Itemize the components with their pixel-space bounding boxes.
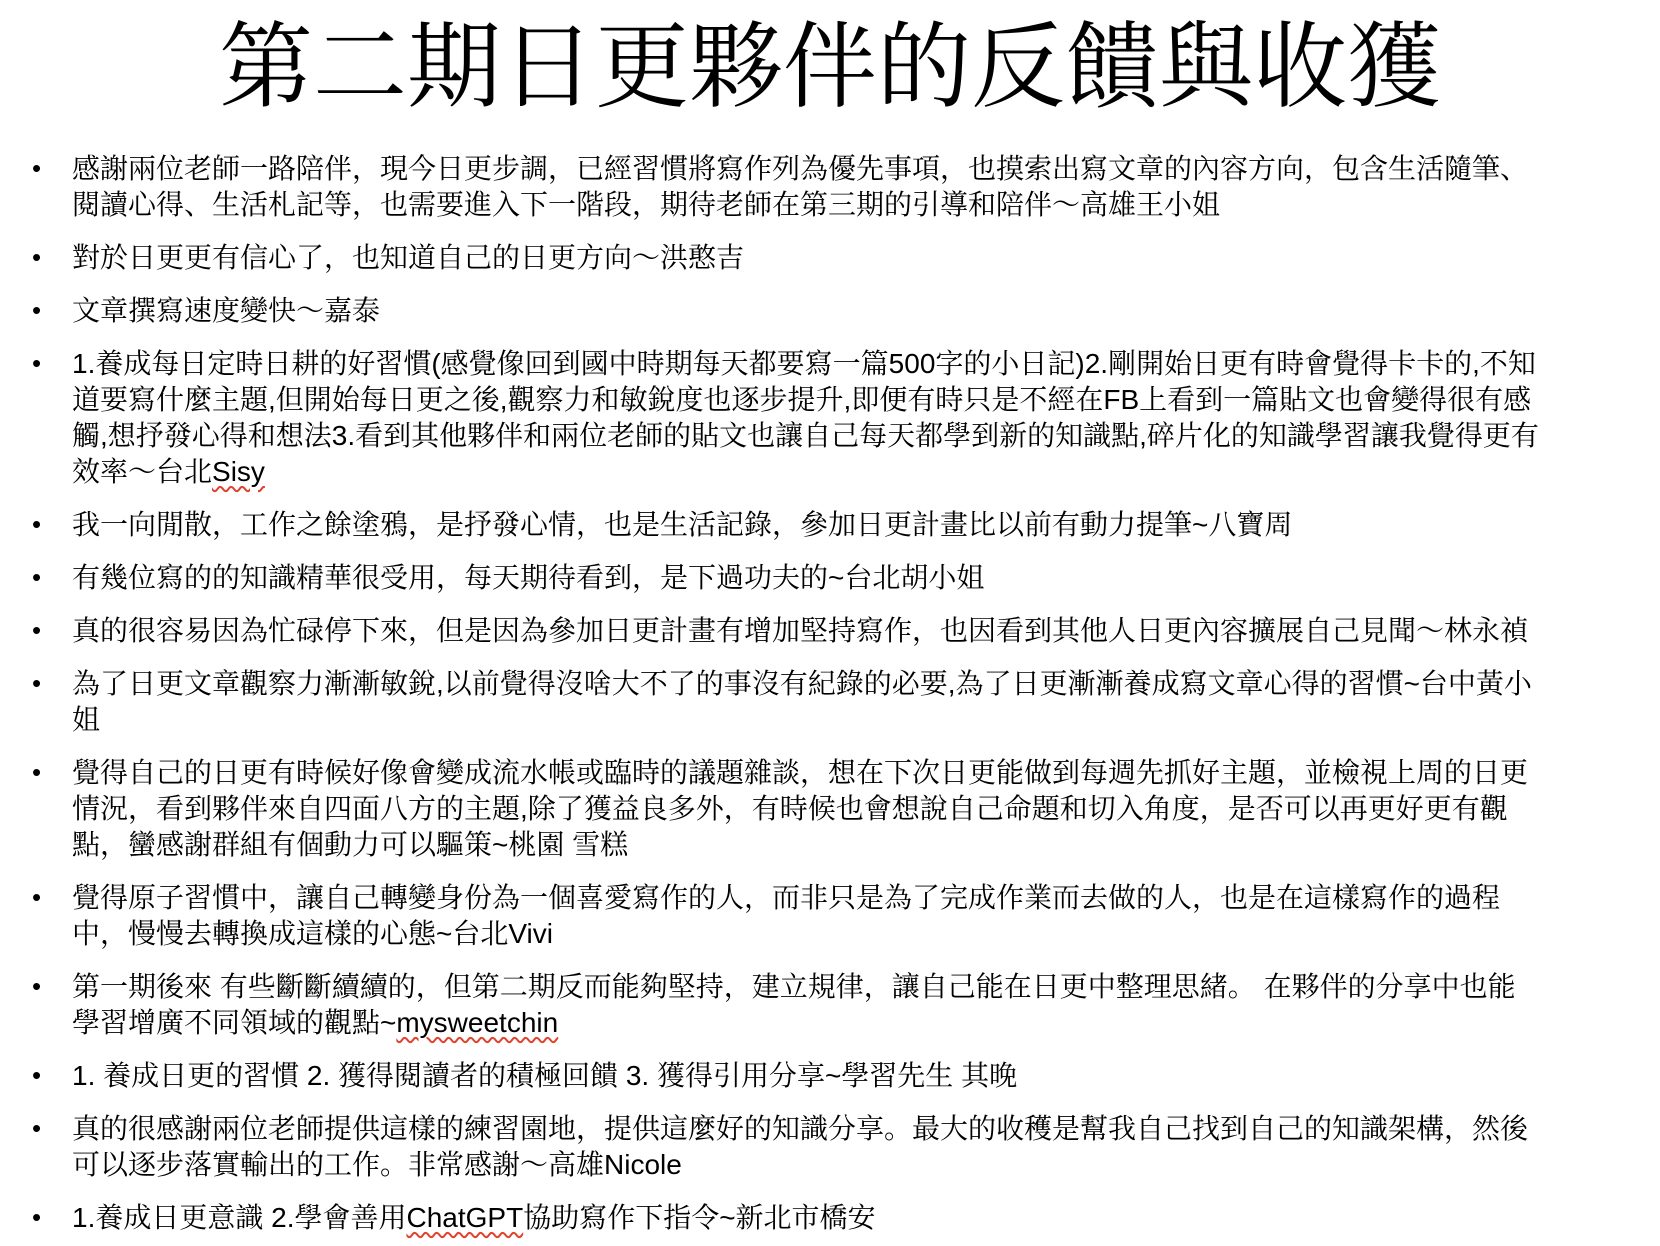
bullet-text: 感謝兩位老師一路陪伴，現今日更步調，已經習慣將寫作列為優先事項，也摸索出寫文章的… [72,153,1528,220]
feedback-bullet: 覺得原子習慣中，讓自己轉變身份為一個喜愛寫作的人，而非只是為了完成作業而去做的人… [72,880,1542,952]
feedback-bullet: 文章撰寫速度變快～嘉泰 [72,293,1542,329]
feedback-bullet: 我一向閒散，工作之餘塗鴉，是抒發心情，也是生活記錄，參加日更計畫比以前有動力提筆… [72,507,1542,543]
feedback-bullet: 對於日更更有信心了，也知道自己的日更方向～洪憨吉 [72,240,1542,276]
bullet-text: 對於日更更有信心了，也知道自己的日更方向～洪憨吉 [72,242,744,273]
feedback-bullet: 感謝兩位老師一路陪伴，現今日更步調，已經習慣將寫作列為優先事項，也摸索出寫文章的… [72,151,1542,223]
feedback-bullet: 真的很容易因為忙碌停下來，但是因為參加日更計畫有增加堅持寫作，也因看到其他人日更… [72,613,1542,649]
feedback-bullet: 有幾位寫的的知識精華很受用，每天期待看到，是下過功夫的~台北胡小姐 [72,560,1542,596]
misspelled-word: Sisy [212,456,265,487]
bullet-text: 為了日更文章觀察力漸漸敏銳,以前覺得沒啥大不了的事沒有紀錄的必要,為了日更漸漸養… [72,668,1532,735]
bullet-text: 有幾位寫的的知識精華很受用，每天期待看到，是下過功夫的~台北胡小姐 [72,562,984,593]
page-title: 第二期日更夥伴的反饋與收獲 [0,10,1660,125]
bullet-text: 1.養成日更意識 2.學會善用 [72,1202,406,1233]
bullet-text: 協助寫作下指令~新北市橋安 [523,1202,875,1233]
bullet-text: 我一向閒散，工作之餘塗鴉，是抒發心情，也是生活記錄，參加日更計畫比以前有動力提筆… [72,509,1292,540]
bullet-text: 文章撰寫速度變快～嘉泰 [72,295,380,326]
feedback-list: 感謝兩位老師一路陪伴，現今日更步調，已經習慣將寫作列為優先事項，也摸索出寫文章的… [0,151,1660,1236]
feedback-bullet: 第一期後來 有些斷斷續續的，但第二期反而能夠堅持，建立規律，讓自己能在日更中整理… [72,969,1542,1041]
slide: 第二期日更夥伴的反饋與收獲 感謝兩位老師一路陪伴，現今日更步調，已經習慣將寫作列… [0,0,1660,1246]
bullet-text: 真的很感謝兩位老師提供這樣的練習園地，提供這麼好的知識分享。最大的收穫是幫我自己… [72,1113,1528,1180]
feedback-bullet: 1.養成每日定時日耕的好習慣(感覺像回到國中時期每天都要寫一篇500字的小日記)… [72,346,1542,490]
feedback-bullet: 真的很感謝兩位老師提供這樣的練習園地，提供這麼好的知識分享。最大的收穫是幫我自己… [72,1111,1542,1183]
bullet-text: 真的很容易因為忙碌停下來，但是因為參加日更計畫有增加堅持寫作，也因看到其他人日更… [72,615,1528,646]
bullet-text: 覺得自己的日更有時候好像會變成流水帳或臨時的議題雜談，想在下次日更能做到每週先抓… [72,757,1528,860]
feedback-bullet: 為了日更文章觀察力漸漸敏銳,以前覺得沒啥大不了的事沒有紀錄的必要,為了日更漸漸養… [72,666,1542,738]
feedback-bullet: 1. 養成日更的習慣 2. 獲得閱讀者的積極回饋 3. 獲得引用分享~學習先生 … [72,1058,1542,1094]
bullet-text: 1. 養成日更的習慣 2. 獲得閱讀者的積極回饋 3. 獲得引用分享~學習先生 … [72,1060,1017,1091]
feedback-bullet: 1.養成日更意識 2.學會善用ChatGPT協助寫作下指令~新北市橋安 [72,1200,1542,1236]
feedback-bullet: 覺得自己的日更有時候好像會變成流水帳或臨時的議題雜談，想在下次日更能做到每週先抓… [72,755,1542,863]
bullet-text: 覺得原子習慣中，讓自己轉變身份為一個喜愛寫作的人，而非只是為了完成作業而去做的人… [72,882,1500,949]
misspelled-word: mysweetchin [396,1007,558,1038]
bullet-text: 1.養成每日定時日耕的好習慣(感覺像回到國中時期每天都要寫一篇500字的小日記)… [72,348,1539,487]
bullet-text: 第一期後來 有些斷斷續續的，但第二期反而能夠堅持，建立規律，讓自己能在日更中整理… [72,971,1516,1038]
misspelled-word: ChatGPT [406,1202,523,1233]
